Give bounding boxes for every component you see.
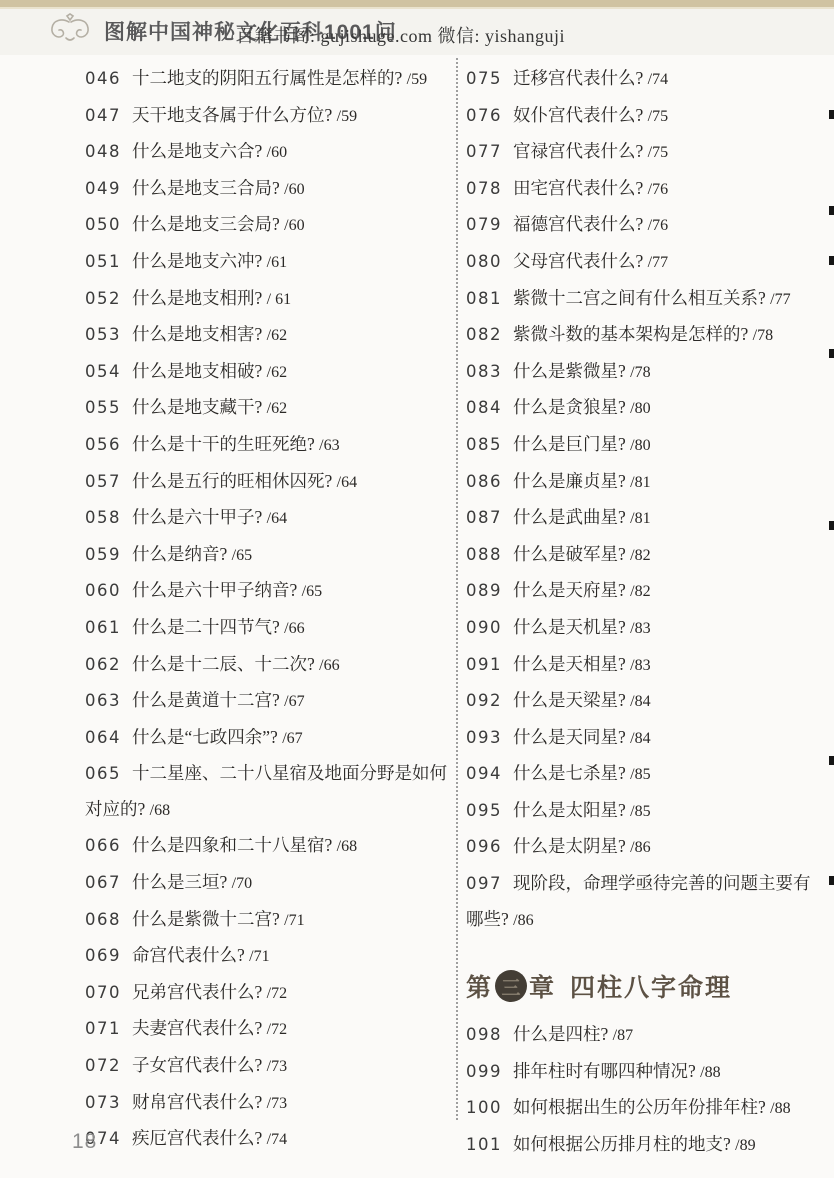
entry-page: /63 bbox=[319, 437, 339, 454]
entry-page: /59 bbox=[407, 71, 427, 88]
entry-page: /78 bbox=[753, 327, 773, 344]
entry-page: /80 bbox=[630, 400, 650, 417]
entry-number: 079 bbox=[466, 215, 502, 234]
entry-page: /78 bbox=[630, 364, 650, 381]
toc-entry: 101如何根据公历排月柱的地支? /89 bbox=[466, 1127, 824, 1164]
page-number: 18 bbox=[72, 1130, 97, 1154]
toc-entry: 078田宅宫代表什么? /76 bbox=[466, 171, 824, 208]
entry-number: 048 bbox=[85, 142, 121, 161]
entry-number: 091 bbox=[466, 655, 502, 674]
toc-entry: 080父母宫代表什么? /77 bbox=[466, 244, 824, 281]
entry-question: 福德宫代表什么? bbox=[513, 214, 643, 234]
entry-number: 072 bbox=[85, 1056, 121, 1075]
chapter-number-badge: 三 bbox=[495, 970, 527, 1002]
entry-question: 什么是巨门星? bbox=[513, 434, 626, 454]
entry-page: /88 bbox=[770, 1100, 790, 1117]
entry-number: 065 bbox=[85, 764, 121, 783]
entry-question: 兄弟宫代表什么? bbox=[132, 982, 262, 1002]
entry-page: /80 bbox=[630, 437, 650, 454]
entry-page: /62 bbox=[267, 364, 287, 381]
toc-entry: 089什么是天府星? /82 bbox=[466, 573, 824, 610]
entry-number: 084 bbox=[466, 398, 502, 417]
toc-entry: 090什么是天机星? /83 bbox=[466, 610, 824, 647]
entry-page: /66 bbox=[284, 620, 304, 637]
entry-number: 087 bbox=[466, 508, 502, 527]
entry-page: /87 bbox=[613, 1027, 633, 1044]
toc-entry: 079福德宫代表什么? /76 bbox=[466, 207, 824, 244]
entry-page: /86 bbox=[630, 839, 650, 856]
entry-question: 什么是地支六冲? bbox=[132, 251, 262, 271]
entry-question: 命宫代表什么? bbox=[132, 945, 245, 965]
entry-page: /74 bbox=[648, 71, 668, 88]
entry-question: 什么是二十四节气? bbox=[132, 617, 280, 637]
entry-page: /62 bbox=[267, 400, 287, 417]
entry-page: /89 bbox=[735, 1137, 755, 1154]
scan-artifact bbox=[829, 756, 834, 765]
entry-page: /65 bbox=[232, 547, 252, 564]
watermark-text: 百籍书阁: gujishuge.com 微信: yishanguji bbox=[236, 22, 565, 48]
entry-question: 什么是地支三合局? bbox=[132, 178, 280, 198]
toc-entry: 070兄弟宫代表什么? /72 bbox=[85, 975, 457, 1012]
entry-number: 046 bbox=[85, 69, 121, 88]
entry-page: /73 bbox=[267, 1058, 287, 1075]
toc-entry: 051什么是地支六冲? /61 bbox=[85, 244, 457, 281]
entry-page: /60 bbox=[267, 144, 287, 161]
toc-entry: 069命宫代表什么? /71 bbox=[85, 938, 457, 975]
entry-number: 080 bbox=[466, 252, 502, 271]
toc-entry: 050什么是地支三会局? /60 bbox=[85, 207, 457, 244]
entry-page: /77 bbox=[648, 254, 668, 271]
toc-entry: 091什么是天相星? /83 bbox=[466, 647, 824, 684]
entry-page: /84 bbox=[630, 730, 650, 747]
entry-page: /72 bbox=[267, 1021, 287, 1038]
toc-entry: 095什么是太阳星? /85 bbox=[466, 793, 824, 830]
entry-page: /76 bbox=[648, 217, 668, 234]
toc-entry: 067什么是三垣? /70 bbox=[85, 865, 457, 902]
scan-artifact bbox=[829, 521, 834, 530]
toc-entry: 074疾厄宫代表什么? /74 bbox=[85, 1121, 457, 1158]
entry-number: 053 bbox=[85, 325, 121, 344]
entry-question: 财帛宫代表什么? bbox=[132, 1092, 262, 1112]
toc-entry: 048什么是地支六合? /60 bbox=[85, 134, 457, 171]
entry-page: /66 bbox=[319, 657, 339, 674]
toc-column-left: 046十二地支的阴阳五行属性是怎样的? /59047天干地支各属于什么方位? /… bbox=[85, 61, 457, 1158]
entry-question: 什么是“七政四余”? bbox=[132, 727, 278, 747]
entry-number: 077 bbox=[466, 142, 502, 161]
entry-page: /82 bbox=[630, 583, 650, 600]
toc-entry: 052什么是地支相刑? / 61 bbox=[85, 281, 457, 318]
entry-number: 097 bbox=[466, 874, 502, 893]
entry-page: /74 bbox=[267, 1131, 287, 1148]
entry-question: 什么是紫微星? bbox=[513, 361, 626, 381]
entry-page: /76 bbox=[648, 181, 668, 198]
toc-entry: 061什么是二十四节气? /66 bbox=[85, 610, 457, 647]
toc-entry: 056什么是十干的生旺死绝? /63 bbox=[85, 427, 457, 464]
entry-question: 什么是地支六合? bbox=[132, 141, 262, 161]
entry-number: 051 bbox=[85, 252, 121, 271]
toc-entry: 058什么是六十甲子? /64 bbox=[85, 500, 457, 537]
entry-number: 063 bbox=[85, 691, 121, 710]
entry-page: /81 bbox=[630, 474, 650, 491]
toc-entry: 076奴仆宫代表什么? /75 bbox=[466, 98, 824, 135]
entry-question: 什么是纳音? bbox=[132, 544, 227, 564]
toc-entry: 086什么是廉贞星? /81 bbox=[466, 464, 824, 501]
entry-number: 049 bbox=[85, 179, 121, 198]
toc-entry: 085什么是巨门星? /80 bbox=[466, 427, 824, 464]
toc-entry: 055什么是地支藏干? /62 bbox=[85, 390, 457, 427]
entry-number: 050 bbox=[85, 215, 121, 234]
toc-entry: 060什么是六十甲子纳音? /65 bbox=[85, 573, 457, 610]
toc-entry: 088什么是破军星? /82 bbox=[466, 537, 824, 574]
page-top-strip bbox=[0, 0, 834, 9]
toc-entry: 063什么是黄道十二宫? /67 bbox=[85, 683, 457, 720]
toc-entry: 098什么是四柱? /87 bbox=[466, 1017, 824, 1054]
entry-page: /83 bbox=[630, 620, 650, 637]
entry-page: /68 bbox=[150, 802, 170, 819]
entry-number: 100 bbox=[466, 1098, 502, 1117]
entry-question: 天干地支各属于什么方位? bbox=[132, 105, 332, 125]
entry-number: 057 bbox=[85, 472, 121, 491]
entry-number: 082 bbox=[466, 325, 502, 344]
entry-question: 什么是六十甲子纳音? bbox=[132, 580, 297, 600]
entry-question: 田宅宫代表什么? bbox=[513, 178, 643, 198]
entry-number: 086 bbox=[466, 472, 502, 491]
entry-page: /64 bbox=[337, 474, 357, 491]
entry-question: 什么是天相星? bbox=[513, 654, 626, 674]
entry-number: 047 bbox=[85, 106, 121, 125]
entry-question: 什么是十干的生旺死绝? bbox=[132, 434, 315, 454]
scan-artifact bbox=[829, 256, 834, 265]
entry-number: 054 bbox=[85, 362, 121, 381]
entry-question: 什么是天机星? bbox=[513, 617, 626, 637]
toc-entry: 096什么是太阴星? /86 bbox=[466, 829, 824, 866]
entry-question: 什么是太阳星? bbox=[513, 800, 626, 820]
toc-entry: 092什么是天梁星? /84 bbox=[466, 683, 824, 720]
entry-question: 什么是武曲星? bbox=[513, 507, 626, 527]
entry-page: /81 bbox=[630, 510, 650, 527]
toc-entry: 097现阶段，命理学亟待完善的问题主要有哪些? /86 bbox=[466, 866, 824, 938]
entry-number: 059 bbox=[85, 545, 121, 564]
toc-entry: 082紫微斗数的基本架构是怎样的? /78 bbox=[466, 317, 824, 354]
entry-page: / 61 bbox=[267, 291, 291, 308]
entry-number: 099 bbox=[466, 1062, 502, 1081]
entry-number: 052 bbox=[85, 289, 121, 308]
toc-entry: 075迁移宫代表什么? /74 bbox=[466, 61, 824, 98]
entry-question: 什么是六十甲子? bbox=[132, 507, 262, 527]
entry-question: 什么是三垣? bbox=[132, 872, 227, 892]
toc-entry: 099排年柱时有哪四种情况? /88 bbox=[466, 1054, 824, 1091]
entry-question: 什么是十二辰、十二次? bbox=[132, 654, 315, 674]
toc-entry: 064什么是“七政四余”? /67 bbox=[85, 720, 457, 757]
toc-entry: 071夫妻宫代表什么? /72 bbox=[85, 1011, 457, 1048]
entry-number: 061 bbox=[85, 618, 121, 637]
entry-number: 075 bbox=[466, 69, 502, 88]
entry-question: 夫妻宫代表什么? bbox=[132, 1018, 262, 1038]
toc-entry: 059什么是纳音? /65 bbox=[85, 537, 457, 574]
toc-entry: 084什么是贪狼星? /80 bbox=[466, 390, 824, 427]
entry-page: /71 bbox=[284, 912, 304, 929]
toc-entry: 094什么是七杀星? /85 bbox=[466, 756, 824, 793]
scan-artifact bbox=[829, 876, 834, 885]
entry-number: 092 bbox=[466, 691, 502, 710]
toc-entry: 046十二地支的阴阳五行属性是怎样的? /59 bbox=[85, 61, 457, 98]
toc-entry: 066什么是四象和二十八星宿? /68 bbox=[85, 828, 457, 865]
entry-question: 什么是地支相害? bbox=[132, 324, 262, 344]
entry-page: /82 bbox=[630, 547, 650, 564]
entry-number: 095 bbox=[466, 801, 502, 820]
entry-question: 什么是破军星? bbox=[513, 544, 626, 564]
entry-question: 紫微斗数的基本架构是怎样的? bbox=[513, 324, 748, 344]
entry-number: 089 bbox=[466, 581, 502, 600]
scan-artifact bbox=[829, 349, 834, 358]
toc-entry: 083什么是紫微星? /78 bbox=[466, 354, 824, 391]
entry-question: 子女宫代表什么? bbox=[132, 1055, 262, 1075]
entry-question: 十二地支的阴阳五行属性是怎样的? bbox=[132, 68, 402, 88]
entry-page: /84 bbox=[630, 693, 650, 710]
entry-number: 081 bbox=[466, 289, 502, 308]
entry-number: 096 bbox=[466, 837, 502, 856]
entry-number: 058 bbox=[85, 508, 121, 527]
entry-question: 父母宫代表什么? bbox=[513, 251, 643, 271]
entry-number: 083 bbox=[466, 362, 502, 381]
entry-question: 什么是贪狼星? bbox=[513, 397, 626, 417]
entry-question: 什么是地支相破? bbox=[132, 361, 262, 381]
entry-number: 067 bbox=[85, 873, 121, 892]
book-page: 图解中国神秘文化百科1001问 百籍书阁: gujishuge.com 微信: … bbox=[0, 0, 834, 1178]
entry-page: /60 bbox=[284, 217, 304, 234]
entry-question: 什么是廉贞星? bbox=[513, 471, 626, 491]
entry-question: 紫微十二宫之间有什么相互关系? bbox=[513, 288, 766, 308]
entry-page: /85 bbox=[630, 803, 650, 820]
entry-number: 088 bbox=[466, 545, 502, 564]
entry-page: /67 bbox=[284, 693, 304, 710]
entry-question: 排年柱时有哪四种情况? bbox=[513, 1061, 696, 1081]
entry-question: 什么是地支藏干? bbox=[132, 397, 262, 417]
entry-question: 什么是七杀星? bbox=[513, 763, 626, 783]
toc-entry: 081紫微十二宫之间有什么相互关系? /77 bbox=[466, 281, 824, 318]
entry-page: /61 bbox=[267, 254, 287, 271]
entry-number: 101 bbox=[466, 1135, 502, 1154]
toc-right-top: 075迁移宫代表什么? /74076奴仆宫代表什么? /75077官禄宫代表什么… bbox=[466, 61, 824, 938]
entry-page: /62 bbox=[267, 327, 287, 344]
toc-entry: 054什么是地支相破? /62 bbox=[85, 354, 457, 391]
toc-entry: 077官禄宫代表什么? /75 bbox=[466, 134, 824, 171]
entry-question: 什么是天府星? bbox=[513, 580, 626, 600]
toc-column-right: 075迁移宫代表什么? /74076奴仆宫代表什么? /75077官禄宫代表什么… bbox=[466, 61, 824, 1164]
entry-question: 什么是地支三会局? bbox=[132, 214, 280, 234]
entry-number: 068 bbox=[85, 910, 121, 929]
toc-entry: 065十二星座、二十八星宿及地面分野是如何对应的? /68 bbox=[85, 756, 457, 828]
entry-question: 什么是四象和二十八星宿? bbox=[132, 835, 332, 855]
entry-number: 071 bbox=[85, 1019, 121, 1038]
entry-question: 什么是地支相刑? bbox=[132, 288, 262, 308]
entry-page: /75 bbox=[648, 108, 668, 125]
entry-page: /70 bbox=[232, 875, 252, 892]
entry-page: /83 bbox=[630, 657, 650, 674]
entry-question: 如何根据公历排月柱的地支? bbox=[513, 1134, 731, 1154]
entry-page: /85 bbox=[630, 766, 650, 783]
chapter-prefix: 第 bbox=[466, 968, 493, 1004]
entry-question: 疾厄宫代表什么? bbox=[132, 1128, 262, 1148]
entry-page: /68 bbox=[337, 838, 357, 855]
entry-number: 055 bbox=[85, 398, 121, 417]
scan-artifact bbox=[829, 110, 834, 119]
entry-number: 060 bbox=[85, 581, 121, 600]
toc-entry: 049什么是地支三合局? /60 bbox=[85, 171, 457, 208]
scan-artifact bbox=[829, 206, 834, 215]
entry-page: /73 bbox=[267, 1095, 287, 1112]
entry-number: 085 bbox=[466, 435, 502, 454]
entry-question: 官禄宫代表什么? bbox=[513, 141, 643, 161]
entry-page: /71 bbox=[249, 948, 269, 965]
entry-page: /64 bbox=[267, 510, 287, 527]
entry-number: 078 bbox=[466, 179, 502, 198]
entry-question: 什么是黄道十二宫? bbox=[132, 690, 280, 710]
entry-number: 069 bbox=[85, 946, 121, 965]
entry-page: /75 bbox=[648, 144, 668, 161]
entry-question: 什么是太阴星? bbox=[513, 836, 626, 856]
entry-number: 094 bbox=[466, 764, 502, 783]
entry-question: 十二星座、二十八星宿及地面分野是如何对应的? bbox=[85, 763, 447, 819]
toc-entry: 068什么是紫微十二宫? /71 bbox=[85, 902, 457, 939]
entry-question: 什么是四柱? bbox=[513, 1024, 608, 1044]
entry-page: /77 bbox=[770, 291, 790, 308]
entry-question: 什么是天同星? bbox=[513, 727, 626, 747]
entry-page: /72 bbox=[267, 985, 287, 1002]
toc-entry: 093什么是天同星? /84 bbox=[466, 720, 824, 757]
entry-number: 076 bbox=[466, 106, 502, 125]
entry-question: 什么是五行的旺相休囚死? bbox=[132, 471, 332, 491]
entry-page: /59 bbox=[337, 108, 357, 125]
toc-entry: 072子女宫代表什么? /73 bbox=[85, 1048, 457, 1085]
entry-page: /86 bbox=[513, 912, 533, 929]
entry-number: 064 bbox=[85, 728, 121, 747]
chapter-suffix: 章 bbox=[529, 968, 556, 1004]
entry-question: 迁移宫代表什么? bbox=[513, 68, 643, 88]
entry-number: 093 bbox=[466, 728, 502, 747]
toc-right-bottom: 098什么是四柱? /87099排年柱时有哪四种情况? /88100如何根据出生… bbox=[466, 1017, 824, 1163]
entry-number: 056 bbox=[85, 435, 121, 454]
entry-number: 070 bbox=[85, 983, 121, 1002]
entry-page: /65 bbox=[302, 583, 322, 600]
entry-number: 090 bbox=[466, 618, 502, 637]
entry-question: 如何根据出生的公历年份排年柱? bbox=[513, 1097, 766, 1117]
ornament-logo-icon bbox=[48, 12, 92, 46]
toc-entry: 053什么是地支相害? /62 bbox=[85, 317, 457, 354]
toc-entry: 062什么是十二辰、十二次? /66 bbox=[85, 647, 457, 684]
toc-entry: 100如何根据出生的公历年份排年柱? /88 bbox=[466, 1090, 824, 1127]
toc-entry: 087什么是武曲星? /81 bbox=[466, 500, 824, 537]
entry-number: 066 bbox=[85, 836, 121, 855]
toc-entry: 047天干地支各属于什么方位? /59 bbox=[85, 98, 457, 135]
entry-number: 062 bbox=[85, 655, 121, 674]
toc-entry: 057什么是五行的旺相休囚死? /64 bbox=[85, 464, 457, 501]
chapter-heading: 第三章四柱八字命理 bbox=[466, 964, 824, 1008]
entry-page: /60 bbox=[284, 181, 304, 198]
toc-entry: 073财帛宫代表什么? /73 bbox=[85, 1085, 457, 1122]
entry-page: /88 bbox=[700, 1064, 720, 1081]
entry-number: 073 bbox=[85, 1093, 121, 1112]
entry-page: /67 bbox=[282, 730, 302, 747]
entry-number: 098 bbox=[466, 1025, 502, 1044]
entry-question: 什么是紫微十二宫? bbox=[132, 909, 280, 929]
entry-question: 什么是天梁星? bbox=[513, 690, 626, 710]
entry-question: 奴仆宫代表什么? bbox=[513, 105, 643, 125]
chapter-title: 四柱八字命理 bbox=[570, 968, 732, 1004]
